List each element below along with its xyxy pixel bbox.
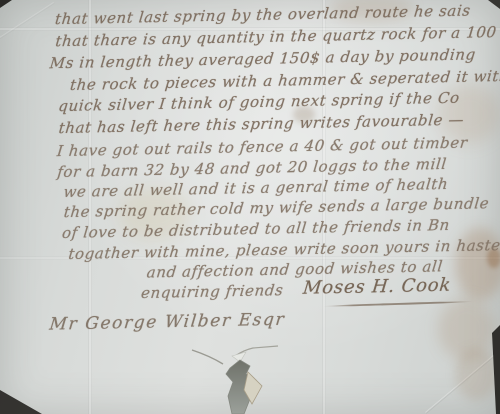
letter-photograph: that went last spring by the overland ro… <box>0 0 500 414</box>
addressee-line: Mr George Wilber Esqr <box>49 310 287 335</box>
tear-crack-left <box>192 350 223 364</box>
paper-tear-hole <box>180 336 320 414</box>
signature: Moses H. Cook <box>302 275 452 299</box>
letter-paper: that went last spring by the overland ro… <box>0 0 500 414</box>
letter-line: that has left here this spring writes fa… <box>58 111 465 138</box>
letter-line: enquiring friends <box>140 281 284 302</box>
signature-flourish <box>323 301 473 308</box>
